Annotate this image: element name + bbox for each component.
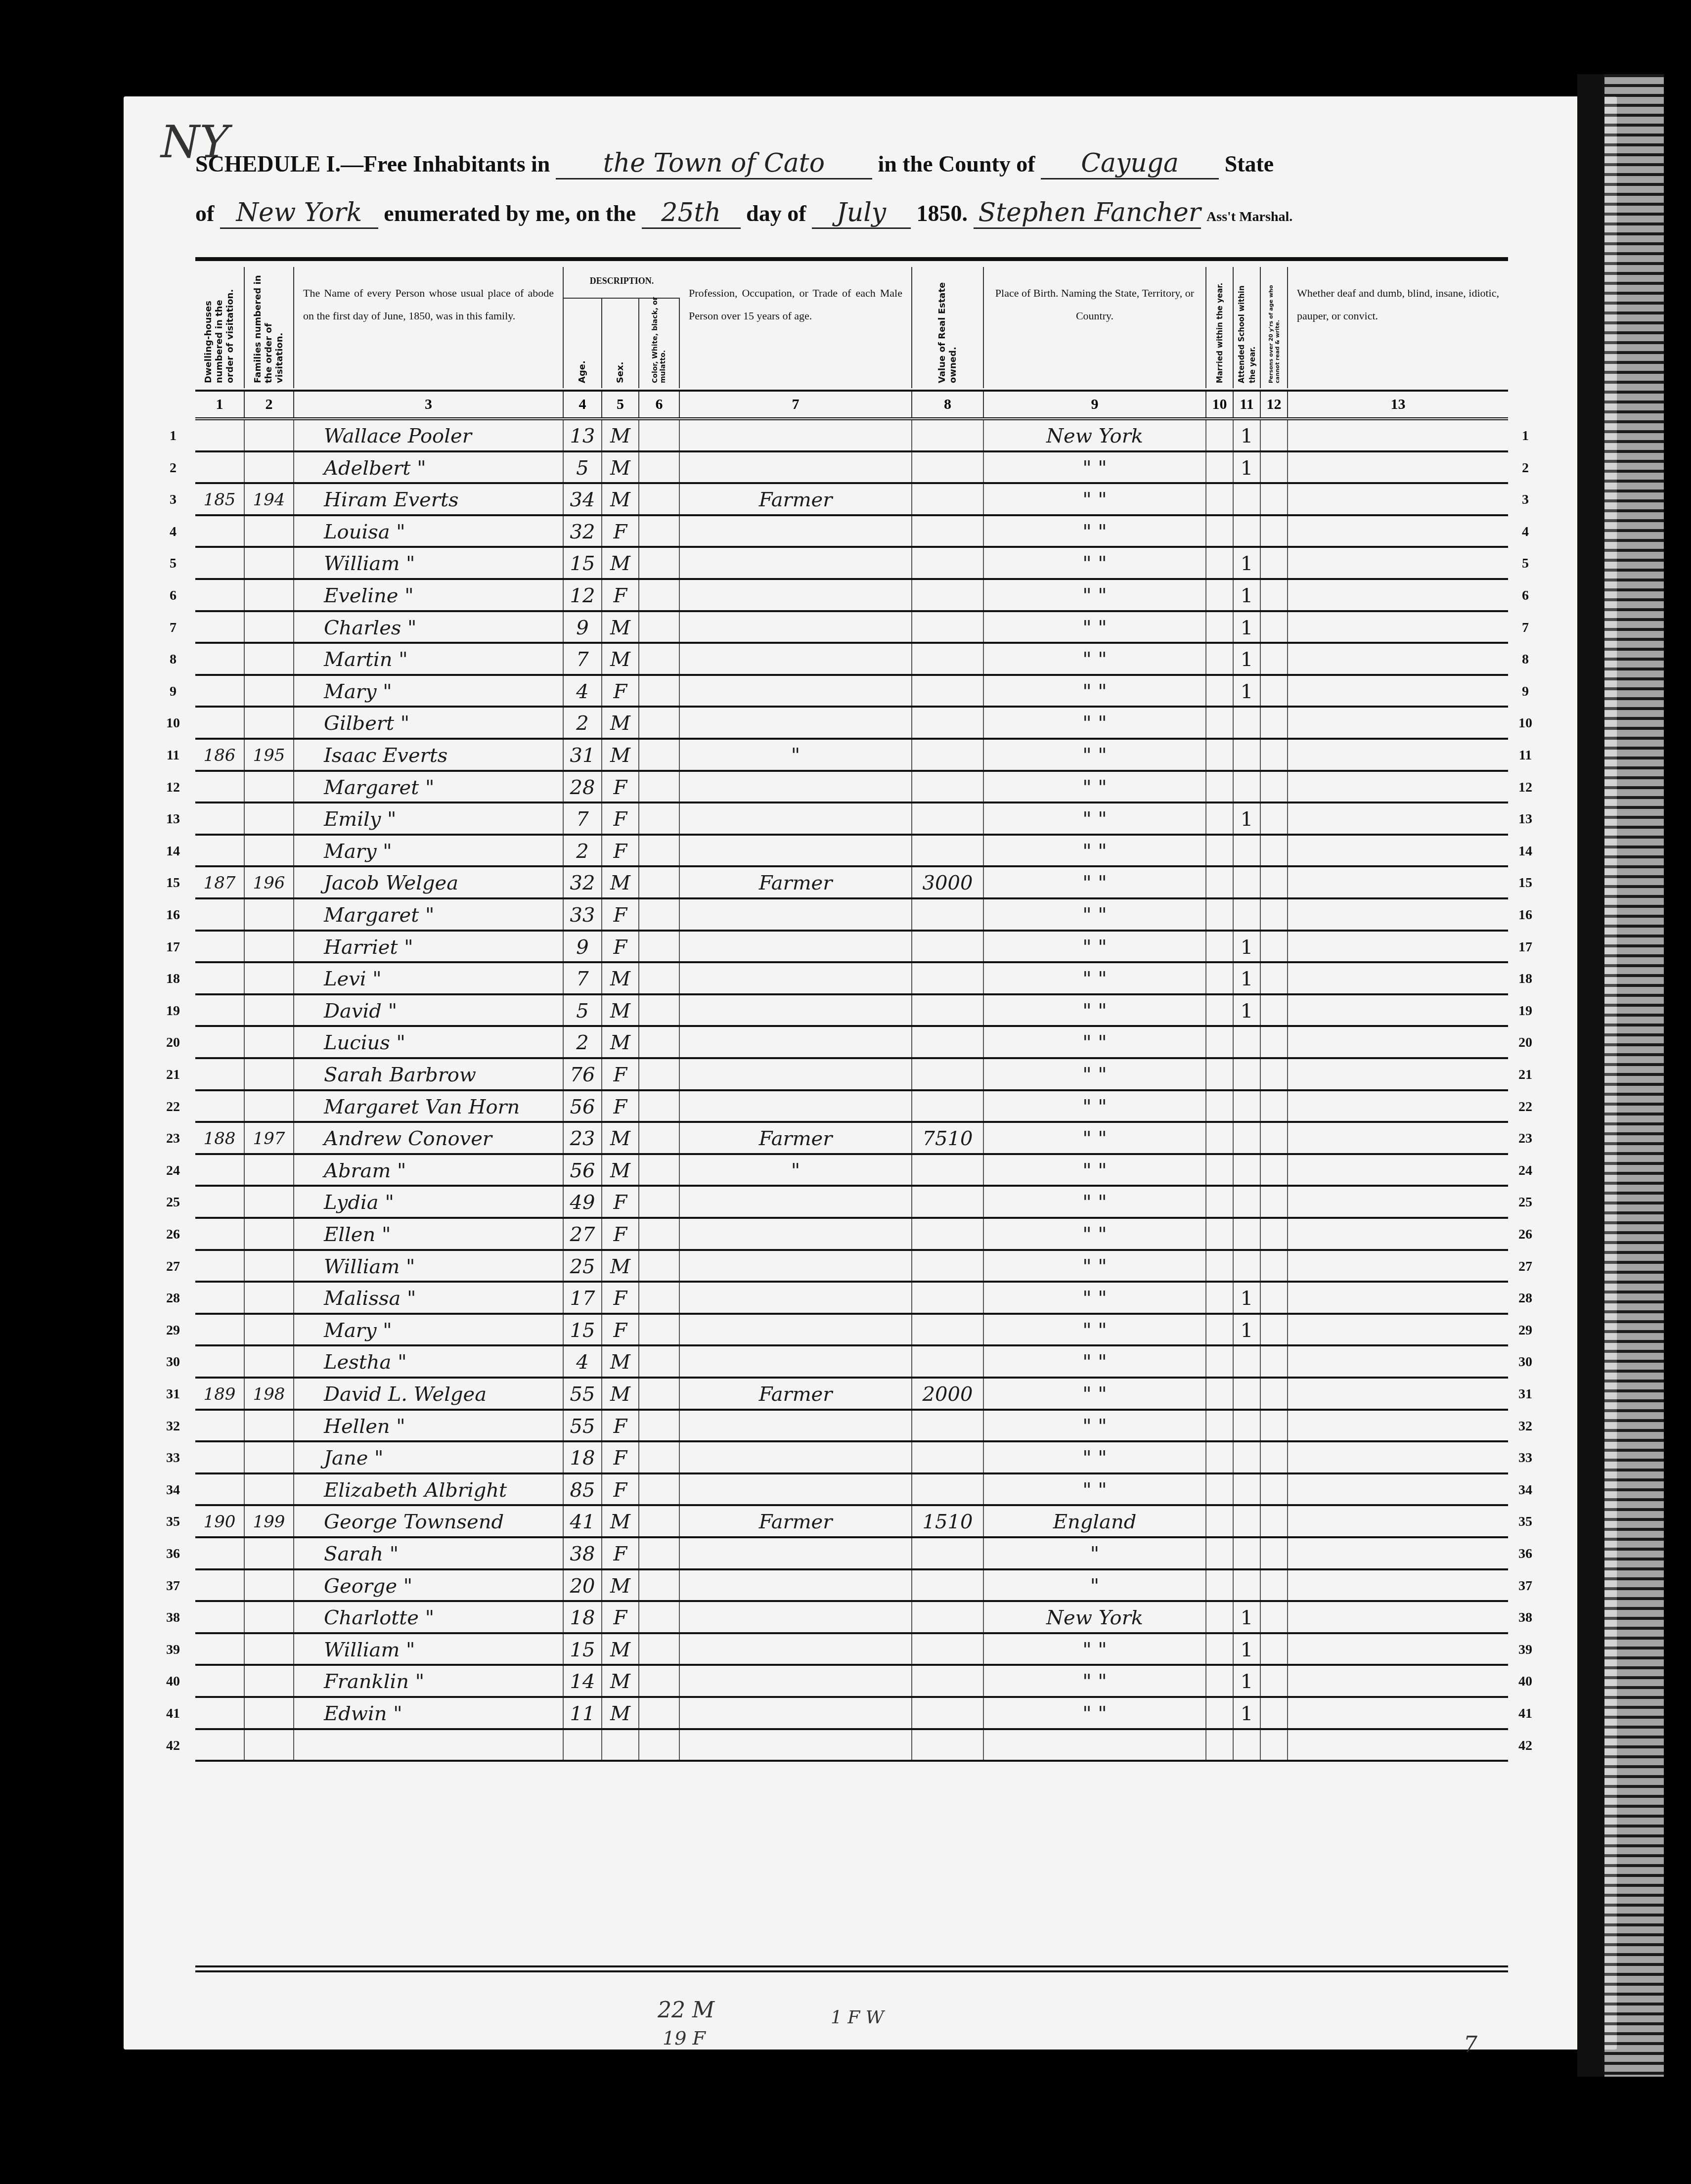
married-mark [1206,1123,1234,1153]
family-number [245,899,294,930]
real-estate-value: 1510 [912,1506,984,1536]
real-estate-value [912,836,984,866]
dwelling-number [195,1155,245,1185]
school-mark: 1 [1234,932,1261,962]
line-number-left: 42 [158,1730,188,1762]
sex: F [602,1474,639,1505]
line-number-left: 30 [158,1346,188,1378]
married-mark [1206,1730,1234,1760]
condition [1288,1698,1508,1728]
age: 49 [564,1187,602,1217]
color [639,1155,680,1185]
age: 32 [564,867,602,897]
age: 31 [564,740,602,770]
binding-edge [1577,74,1604,2077]
school-mark [1234,1730,1261,1760]
color [639,1123,680,1153]
line-number-right: 28 [1511,1283,1540,1314]
birthplace: " " [984,580,1206,610]
color [639,1346,680,1377]
line-number-right: 41 [1511,1698,1540,1730]
line-number-right: 40 [1511,1666,1540,1697]
color [639,1315,680,1345]
line-number-right: 13 [1511,803,1540,835]
school-mark: 1 [1234,803,1261,834]
school-mark: 1 [1234,644,1261,674]
line-number-left: 21 [158,1059,188,1091]
dwelling-number [195,1411,245,1441]
birthplace: " " [984,899,1206,930]
line-number-left: 39 [158,1634,188,1666]
real-estate-value [912,1187,984,1217]
dwelling-number [195,1346,245,1377]
illiterate-mark [1261,1123,1288,1153]
occupation [680,1698,912,1728]
color [639,1251,680,1281]
age: 34 [564,484,602,514]
illiterate-mark [1261,803,1288,834]
illiterate-mark [1261,1251,1288,1281]
table-row: 6 Eveline " 12 F " " 1 6 [195,580,1508,612]
line-number-left: 33 [158,1442,188,1474]
color [639,836,680,866]
family-number [245,1251,294,1281]
real-estate-value [912,1315,984,1345]
person-name: Ellen " [294,1219,564,1249]
family-number [245,548,294,578]
condition [1288,1027,1508,1057]
table-row: 36 Sarah " 38 F " 36 [195,1538,1508,1570]
table-bottom-rule [195,1965,1508,1972]
family-number [245,995,294,1025]
dwelling-number [195,1187,245,1217]
school-mark [1234,1538,1261,1568]
school-mark [1234,1251,1261,1281]
dwelling-number [195,676,245,706]
page-mark: 7 [1464,2032,1477,2057]
real-estate-value [912,548,984,578]
person-name: Louisa " [294,516,564,546]
family-number [245,1442,294,1472]
school-mark: 1 [1234,1634,1261,1664]
sex: M [602,1506,639,1536]
school-mark [1234,836,1261,866]
line-number-right: 10 [1511,708,1540,739]
age: 15 [564,1634,602,1664]
table-row: 25 Lydia " 49 F " " 25 [195,1187,1508,1219]
dwelling-number: 190 [195,1506,245,1536]
married-mark [1206,1059,1234,1089]
sex: M [602,867,639,897]
sex: F [602,772,639,802]
line-number-right: 16 [1511,899,1540,931]
age: 15 [564,548,602,578]
married-mark [1206,1155,1234,1185]
color [639,899,680,930]
col-header-sex: Sex. [602,298,639,388]
sex: F [602,1283,639,1313]
school-mark [1234,1123,1261,1153]
birthplace: " " [984,1123,1206,1153]
school-mark: 1 [1234,452,1261,483]
line-number-left: 13 [158,803,188,835]
sex: F [602,1602,639,1632]
condition [1288,1091,1508,1121]
color [639,963,680,993]
birthplace: " " [984,1251,1206,1281]
line-number-right: 6 [1511,580,1540,612]
line-number-right: 12 [1511,772,1540,803]
illiterate-mark [1261,484,1288,514]
age: 56 [564,1091,602,1121]
birthplace: " " [984,452,1206,483]
school-mark [1234,1059,1261,1089]
family-number: 194 [245,484,294,514]
dwelling-number [195,1091,245,1121]
married-mark [1206,836,1234,866]
line-number-right: 23 [1511,1123,1540,1155]
dwelling-number [195,1602,245,1632]
color [639,1538,680,1568]
dwelling-number: 186 [195,740,245,770]
dwelling-number [195,516,245,546]
family-number [245,1411,294,1441]
school-mark: 1 [1234,612,1261,642]
condition [1288,452,1508,483]
line-number-right: 38 [1511,1602,1540,1634]
dwelling-number [195,1634,245,1664]
line-number-left: 26 [158,1219,188,1250]
person-name: David " [294,995,564,1025]
table-row: 37 George " 20 M " 37 [195,1570,1508,1603]
color [639,420,680,450]
table-row: 4 Louisa " 32 F " " 4 [195,516,1508,548]
married-mark [1206,1315,1234,1345]
illiterate-mark [1261,548,1288,578]
line-number-left: 31 [158,1379,188,1410]
real-estate-value [912,1219,984,1249]
table-row: 23 188 197 Andrew Conover 23 M Farmer 75… [195,1123,1508,1155]
color [639,1634,680,1664]
schedule-title-line: SCHEDULE I.—Free Inhabitants in the Town… [195,148,1501,179]
table-row: 13 Emily " 7 F " " 1 13 [195,803,1508,836]
line-number-left: 12 [158,772,188,803]
illiterate-mark [1261,740,1288,770]
column-number-row: 1 2 3 4 5 6 7 8 9 10 11 12 13 [195,390,1508,420]
line-number-right: 24 [1511,1155,1540,1187]
family-number: 199 [245,1506,294,1536]
occupation: Farmer [680,1506,912,1536]
married-mark [1206,1570,1234,1601]
person-name: Edwin " [294,1698,564,1728]
condition [1288,644,1508,674]
line-number-left: 11 [158,740,188,771]
place-field: the Town of Cato [556,148,872,179]
condition [1288,836,1508,866]
occupation [680,1474,912,1505]
line-number-right: 35 [1511,1506,1540,1538]
table-row: 9 Mary " 4 F " " 1 9 [195,676,1508,708]
real-estate-value [912,580,984,610]
illiterate-mark [1261,899,1288,930]
color [639,1570,680,1601]
illiterate-mark [1261,1027,1288,1057]
age: 4 [564,676,602,706]
illiterate-mark [1261,963,1288,993]
age: 23 [564,1123,602,1153]
school-mark [1234,1474,1261,1505]
school-mark [1234,1379,1261,1409]
sex: M [602,612,639,642]
birthplace: " " [984,1155,1206,1185]
age: 14 [564,1666,602,1696]
family-number [245,1346,294,1377]
family-number: 195 [245,740,294,770]
birthplace: " " [984,484,1206,514]
color [639,1602,680,1632]
illiterate-mark [1261,644,1288,674]
age: 5 [564,452,602,483]
dwelling-number [195,803,245,834]
birthplace: " " [984,1346,1206,1377]
line-number-left: 29 [158,1315,188,1346]
color [639,803,680,834]
dwelling-number [195,1730,245,1760]
school-mark: 1 [1234,1602,1261,1632]
person-name: Lestha " [294,1346,564,1377]
birthplace: " " [984,1411,1206,1441]
family-number [245,1666,294,1696]
table-row: 28 Malissa " 17 F " " 1 28 [195,1283,1508,1315]
condition [1288,1123,1508,1153]
line-number-right: 30 [1511,1346,1540,1378]
real-estate-value [912,484,984,514]
col-header-real-estate: Value of Real Estate owned. [912,267,984,388]
line-number-left: 23 [158,1123,188,1155]
real-estate-value [912,1730,984,1760]
line-number-right: 4 [1511,516,1540,548]
person-name: Hiram Everts [294,484,564,514]
color [639,1219,680,1249]
illiterate-mark [1261,836,1288,866]
family-number [245,452,294,483]
col-num-8: 8 [912,392,984,417]
married-mark [1206,803,1234,834]
sex: M [602,1346,639,1377]
color [639,708,680,738]
age: 55 [564,1411,602,1441]
illiterate-mark [1261,1219,1288,1249]
sex: F [602,836,639,866]
married-mark [1206,1474,1234,1505]
line-number-left: 32 [158,1411,188,1442]
occupation [680,963,912,993]
sex: M [602,740,639,770]
illiterate-mark [1261,867,1288,897]
real-estate-value [912,963,984,993]
age: 11 [564,1698,602,1728]
sex: M [602,548,639,578]
occupation [680,1634,912,1664]
school-mark: 1 [1234,1666,1261,1696]
family-number [245,1155,294,1185]
age: 18 [564,1602,602,1632]
county-field: Cayuga [1041,148,1219,179]
col-num-5: 5 [602,392,639,417]
married-mark [1206,1091,1234,1121]
line-number-right: 31 [1511,1379,1540,1410]
real-estate-value [912,1442,984,1472]
illiterate-mark [1261,995,1288,1025]
line-number-right: 18 [1511,963,1540,995]
married-mark [1206,995,1234,1025]
birthplace: " " [984,1059,1206,1089]
line-number-left: 20 [158,1027,188,1059]
line-number-right: 8 [1511,644,1540,675]
illiterate-mark [1261,1346,1288,1377]
married-mark [1206,676,1234,706]
sex: M [602,1027,639,1057]
age: 25 [564,1251,602,1281]
occupation [680,803,912,834]
sex: M [602,420,639,450]
table-row: 35 190 199 George Townsend 41 M Farmer 1… [195,1506,1508,1538]
occupation [680,1411,912,1441]
sex: M [602,1666,639,1696]
dwelling-number [195,995,245,1025]
color [639,1442,680,1472]
married-mark [1206,1666,1234,1696]
family-number [245,772,294,802]
birthplace: " [984,1570,1206,1601]
line-number-right: 29 [1511,1315,1540,1346]
dwelling-number [195,1315,245,1345]
real-estate-value [912,420,984,450]
occupation: " [680,1155,912,1185]
dwelling-number [195,1059,245,1089]
school-mark [1234,516,1261,546]
age: 12 [564,580,602,610]
color [639,1411,680,1441]
table-row: 14 Mary " 2 F " " 14 [195,836,1508,868]
school-mark [1234,740,1261,770]
occupation: Farmer [680,1379,912,1409]
illiterate-mark [1261,1059,1288,1089]
school-mark [1234,708,1261,738]
illiterate-mark [1261,1091,1288,1121]
family-number [245,1315,294,1345]
color [639,580,680,610]
enumeration-line: of New York enumerated by me, on the 25t… [195,198,1501,229]
dwelling-number [195,772,245,802]
person-name: Margaret " [294,772,564,802]
table-row: 22 Margaret Van Horn 56 F " " 22 [195,1091,1508,1123]
marshal-name-field: Stephen Fancher [974,198,1201,229]
real-estate-value: 7510 [912,1123,984,1153]
col-header-family: Families numbered in the order of visita… [245,267,294,388]
sex: F [602,516,639,546]
illiterate-mark [1261,1666,1288,1696]
illiterate-mark [1261,708,1288,738]
state-label: State [1225,151,1274,177]
dwelling-number [195,708,245,738]
married-mark [1206,1283,1234,1313]
person-name: Jane " [294,1442,564,1472]
sex: F [602,1059,639,1089]
dwelling-number [195,580,245,610]
color [639,740,680,770]
col-header-dwelling: Dwelling-houses numbered in the order of… [195,267,245,388]
condition [1288,1315,1508,1345]
married-mark [1206,963,1234,993]
real-estate-value [912,452,984,483]
family-number [245,1538,294,1568]
family-number: 197 [245,1123,294,1153]
sex: M [602,1155,639,1185]
age: 13 [564,420,602,450]
line-number-right: 33 [1511,1442,1540,1474]
condition [1288,932,1508,962]
table-row: 27 William " 25 M " " 27 [195,1251,1508,1283]
line-number-left: 8 [158,644,188,675]
table-row: 42 42 [195,1730,1508,1762]
dwelling-number [195,1474,245,1505]
occupation [680,899,912,930]
birthplace: " " [984,1474,1206,1505]
table-row: 32 Hellen " 55 F " " 32 [195,1411,1508,1443]
day-of-label: day of [746,201,806,226]
table-row: 10 Gilbert " 2 M " " 10 [195,708,1508,740]
age: 85 [564,1474,602,1505]
birthplace: " " [984,803,1206,834]
married-mark [1206,484,1234,514]
family-number [245,1570,294,1601]
condition [1288,516,1508,546]
age: 15 [564,1315,602,1345]
age: 17 [564,1283,602,1313]
color [639,452,680,483]
married-mark [1206,580,1234,610]
col-header-married: Married within the year. [1206,267,1234,388]
condition [1288,1442,1508,1472]
col-header-illiterate: Persons over 20 y'rs of age who cannot r… [1261,267,1288,388]
married-mark [1206,867,1234,897]
condition [1288,612,1508,642]
sex: M [602,1698,639,1728]
family-number [245,1219,294,1249]
condition [1288,1634,1508,1664]
age: 41 [564,1506,602,1536]
line-number-left: 40 [158,1666,188,1697]
sex: M [602,963,639,993]
condition [1288,580,1508,610]
age: 7 [564,644,602,674]
person-name: William " [294,548,564,578]
birthplace: " [984,1538,1206,1568]
age: 55 [564,1379,602,1409]
person-name: Mary " [294,836,564,866]
family-number [245,708,294,738]
age: 5 [564,995,602,1025]
line-number-left: 24 [158,1155,188,1187]
sex: M [602,484,639,514]
married-mark [1206,644,1234,674]
line-number-right: 20 [1511,1027,1540,1059]
illiterate-mark [1261,1187,1288,1217]
real-estate-value [912,676,984,706]
table-row: 8 Martin " 7 M " " 1 8 [195,644,1508,676]
birthplace: " " [984,963,1206,993]
